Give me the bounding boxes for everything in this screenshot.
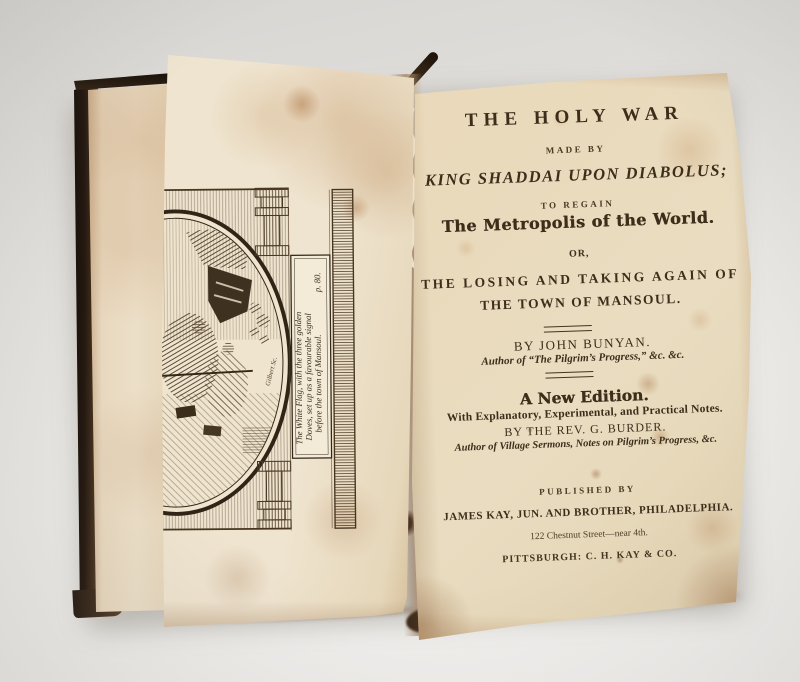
frontispiece-page: Gilbert Sc. The White Flag, with the thr… [160,52,418,630]
caption-page-ref: p. 80. [312,272,322,293]
subtitle-line-2: THE TOWN OF MANSOUL. [420,289,742,316]
or-line: OR, [418,243,740,265]
engraving-column-shaft [332,189,355,528]
publisher-address-line: 122 Chestnut Street—near 4th. [428,525,750,546]
frontispiece-engraving: Gilbert Sc. The White Flag, with the thr… [158,181,361,539]
printers-double-rule-2 [545,371,593,378]
title-page: THE HOLY WAR MADE BY KING SHADDAI UPON D… [403,64,763,646]
title-page-text-block: THE HOLY WAR MADE BY KING SHADDAI UPON D… [412,77,753,644]
publisher-line: JAMES KAY, JUN. AND BROTHER, PHILADELPHI… [427,501,749,524]
subtitle-line-1: THE LOSING AND TAKING AGAIN OF [419,266,741,293]
campaign-line: KING SHADDAI UPON DIABOLUS; [415,160,738,191]
made-by-line: MADE BY [415,139,737,160]
book-photograph: Gilbert Sc. The White Flag, with the thr… [0,0,800,682]
caption-line-3: before the town of Mansoul. [313,334,324,432]
publisher-line-2: PITTSBURGH: C. H. KAY & CO. [429,546,751,568]
published-by-line: PUBLISHED BY [426,480,748,501]
printers-double-rule-1 [544,325,592,332]
book-title: THE HOLY WAR [413,101,736,134]
